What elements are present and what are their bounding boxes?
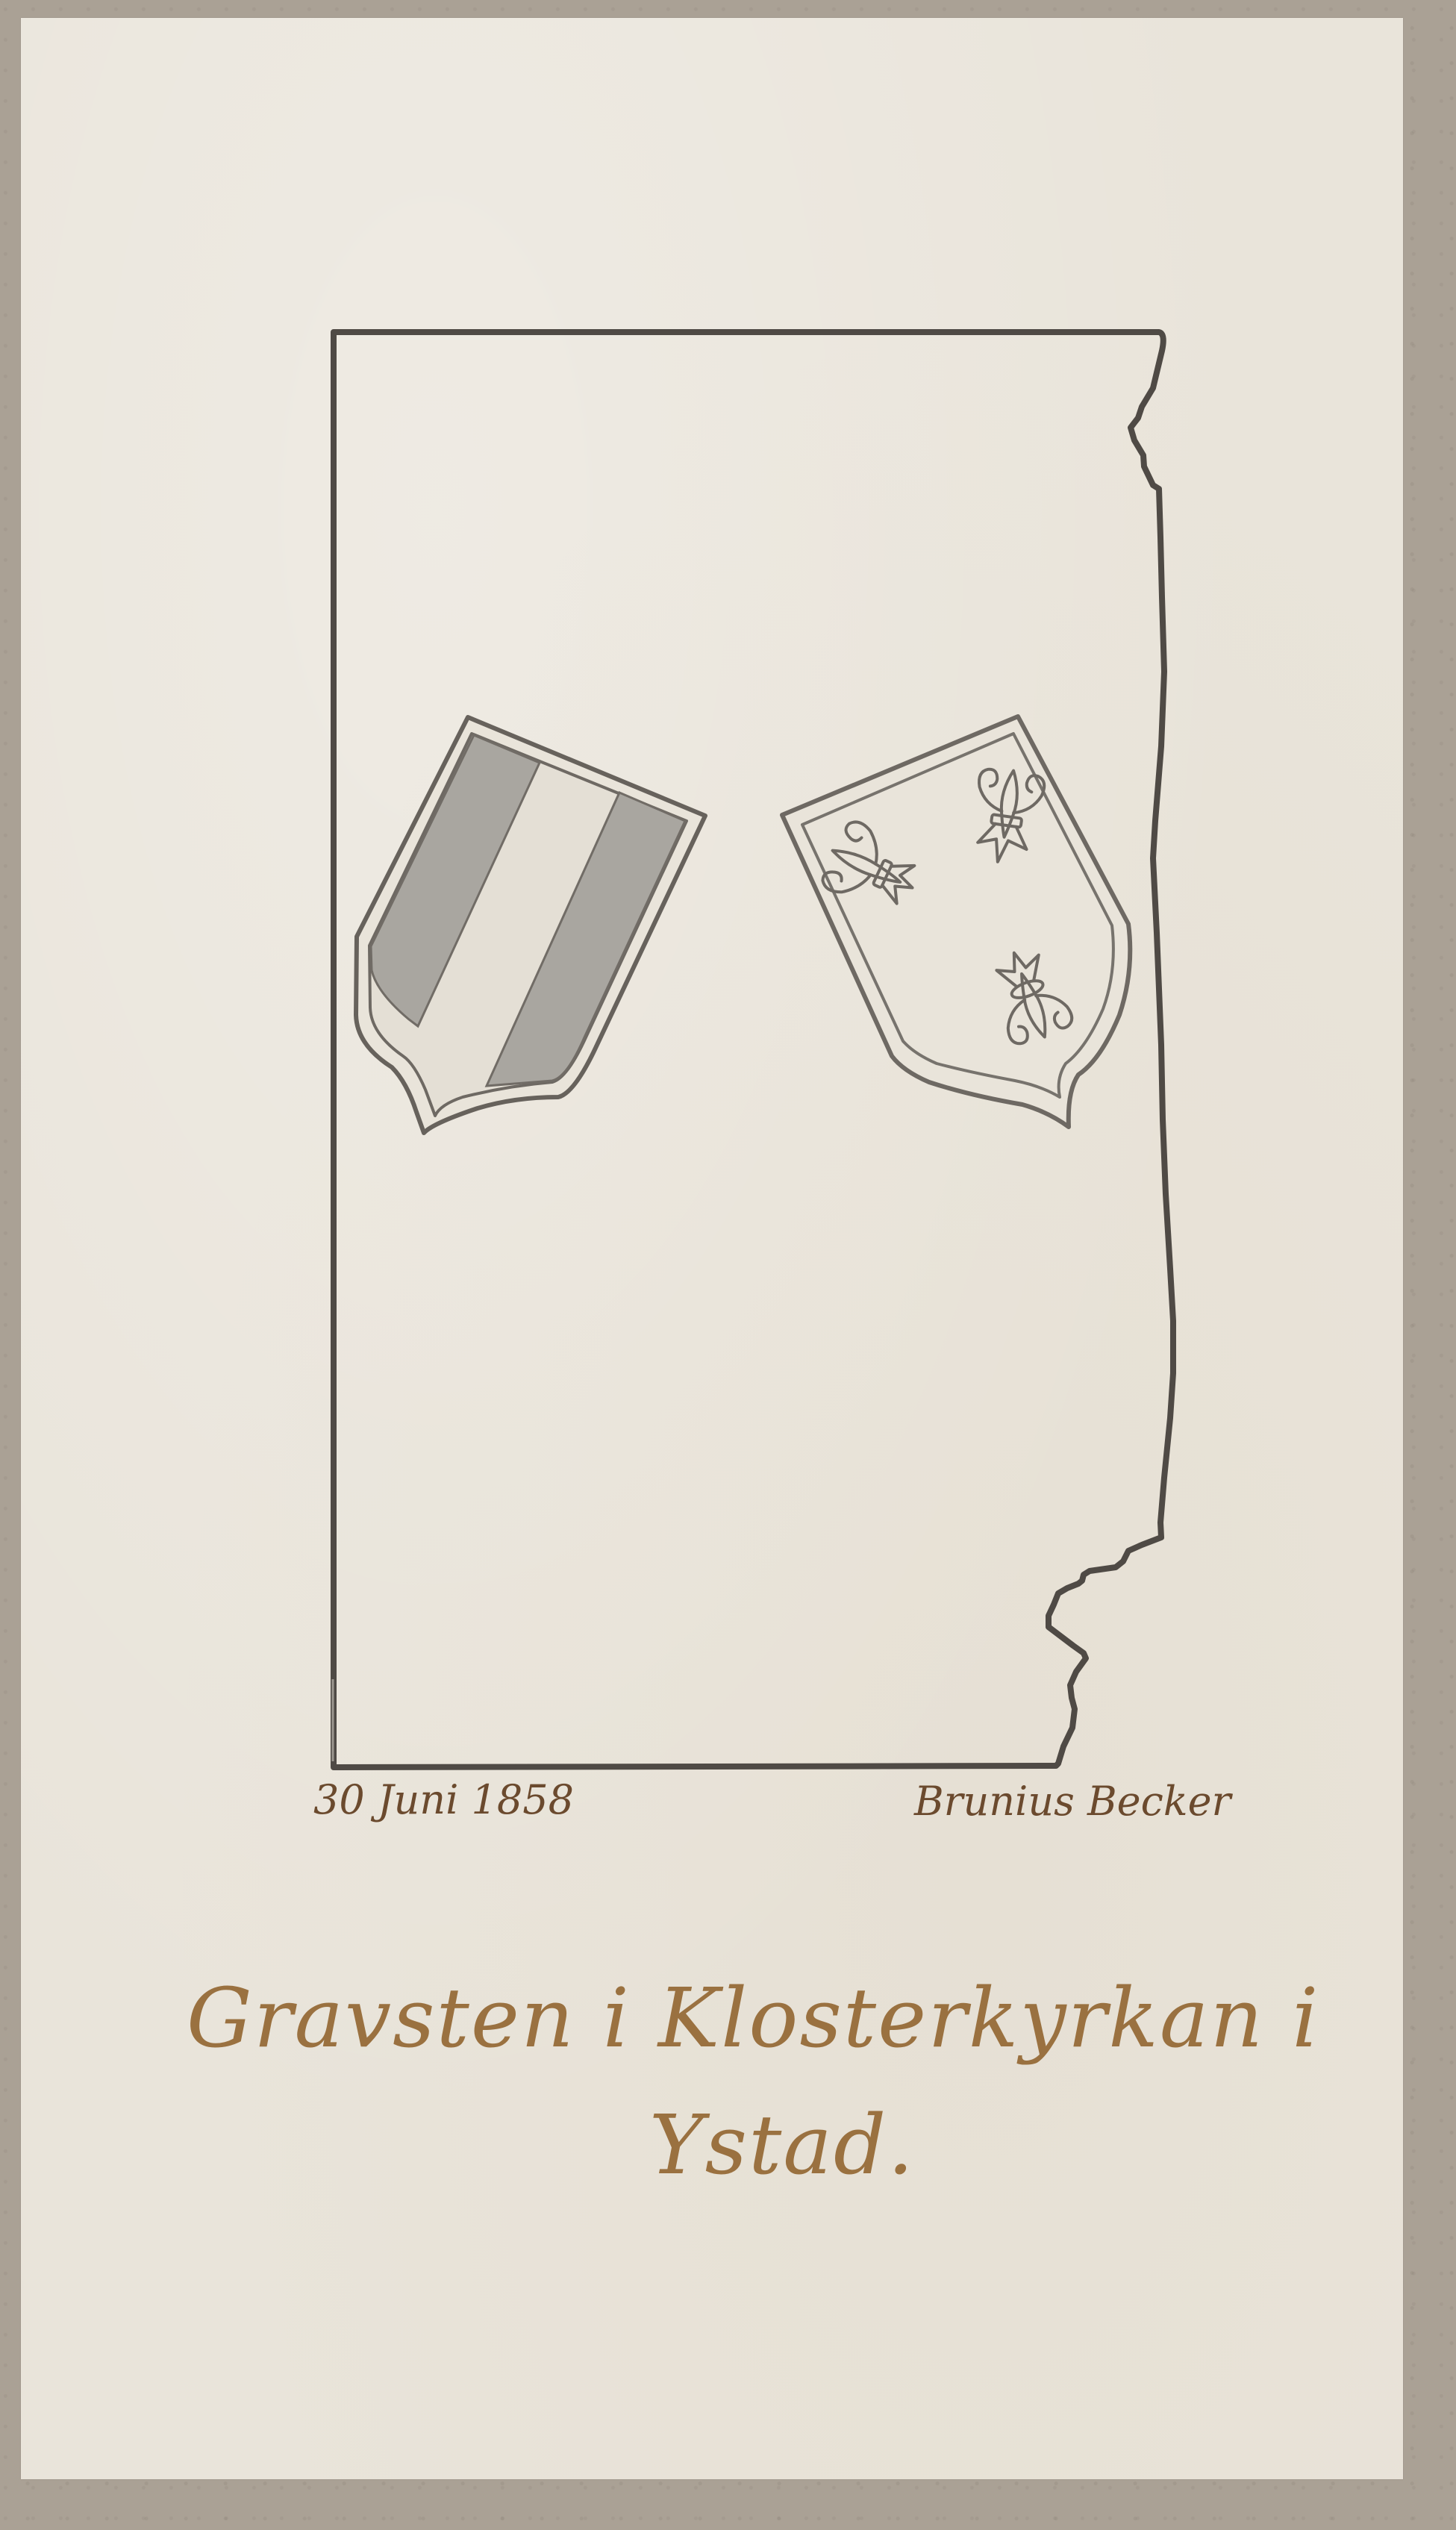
artist-signature: Brunius Becker (914, 1778, 1231, 1825)
date-annotation: 30 Juni 1858 (313, 1776, 574, 1823)
caption-line-1: Gravsten i Klosterkyrkan i (187, 1970, 1319, 2066)
caption-line-2: Ystad. (649, 2097, 915, 2193)
right-coat-of-arms-shield (782, 716, 1130, 1127)
left-coat-of-arms-shield (356, 717, 705, 1133)
